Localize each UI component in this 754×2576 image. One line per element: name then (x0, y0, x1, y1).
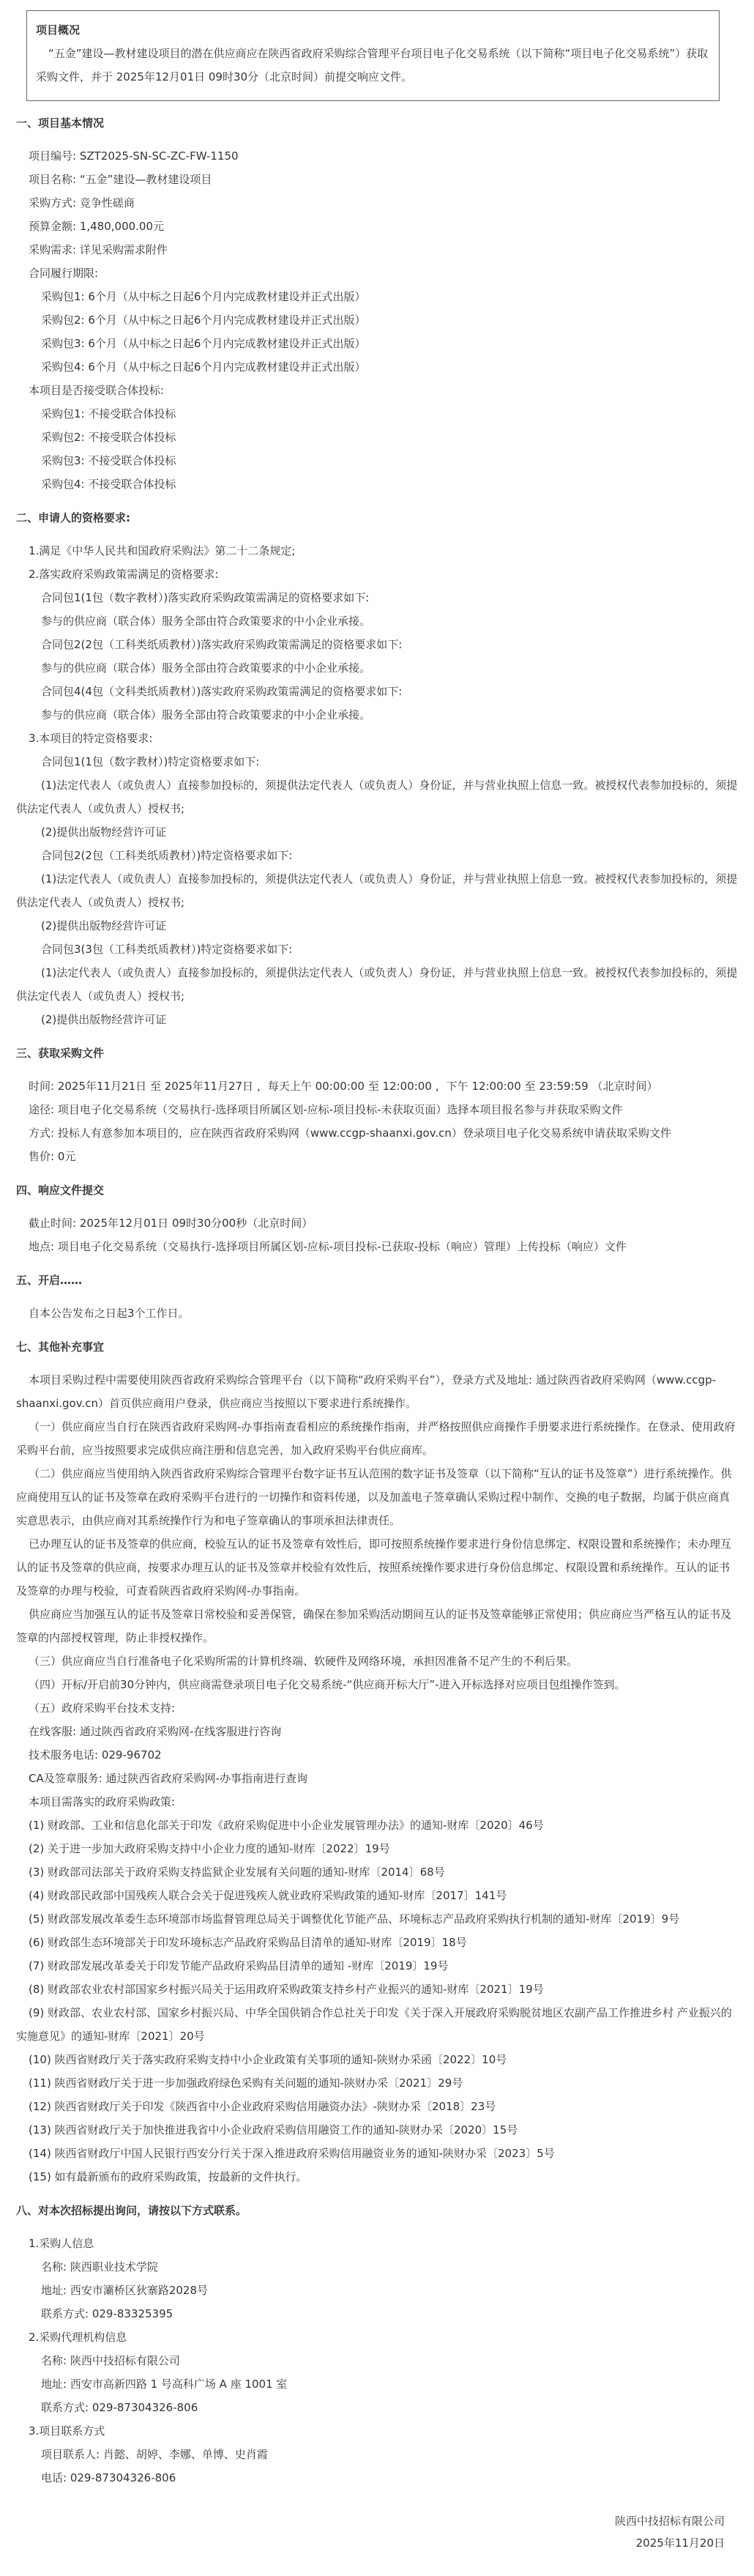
section-1-line-13: 采购包2: 不接受联合体投标 (16, 426, 738, 449)
section-7-line-9: 3.项目联系方式 (16, 2419, 738, 2443)
section-6-line-1: 本项目采购过程中需要使用陕西省政府采购综合管理平台（以下简称“政府采购平台”），… (16, 1368, 738, 1415)
document-footer: 陕西中技招标有限公司 2025年11月20日 (16, 2510, 738, 2554)
section-6-line-21: (9) 财政部、农业农村部、国家乡村振兴局、中华全国供销合作总社关于印发《关于深… (16, 2001, 738, 2048)
section-6-heading: 七、其他补充事宜 (16, 1335, 738, 1359)
section-6-line-23: (11) 陕西省财政厅关于进一步加强政府绿色采购有关问题的通知-陕财办采〔202… (16, 2071, 738, 2095)
section-7-line-5: 2.采购代理机构信息 (16, 2326, 738, 2349)
section-6-line-8: （五）政府采购平台技术支持: (16, 1696, 738, 1720)
footer-agency-name: 陕西中技招标有限公司 (16, 2510, 725, 2532)
footer-date: 2025年11月20日 (16, 2532, 725, 2554)
section-2-line-15: (2)提供出版物经营许可证 (16, 914, 738, 938)
section-7-line-8: 联系方式: 029-87304326-806 (16, 2396, 738, 2419)
sections-container: 一、项目基本情况项目编号: SZT2025-SN-SC-ZC-FW-1150项目… (16, 111, 738, 2490)
section-2-line-4: 参与的供应商（联合体）服务全部由符合政策要求的中小企业承接。 (16, 609, 738, 633)
section-6-line-16: (4) 财政部民政部中国残疾人联合会关于促进残疾人就业政府采购政策的通知-财库〔… (16, 1884, 738, 1907)
section-6-line-20: (8) 财政部农业农村部国家乡村振兴局关于运用政府采购政策支持乡村产业振兴的通知… (16, 1978, 738, 2001)
section-3-heading: 三、获取采购文件 (16, 1042, 738, 1065)
section-1-heading: 一、项目基本情况 (16, 111, 738, 135)
section-7-heading: 八、对本次招标提出询问，请按以下方式联系。 (16, 2199, 738, 2222)
section-7-line-4: 联系方式: 029-83325395 (16, 2302, 738, 2326)
section-4-heading: 四、响应文件提交 (16, 1178, 738, 1202)
section-7-line-7: 地址: 西安市高新四路 1 号高科广场 A 座 1001 室 (16, 2372, 738, 2396)
section-3-line-2: 途径: 项目电子化交易系统（交易执行-选择项目所属区划-应标-项目投标-未获取页… (16, 1098, 738, 1121)
section-6-line-7: （四）开标/开启前30分钟内，供应商需登录项目电子化交易系统-“供应商开标大厅”… (16, 1673, 738, 1696)
procurement-notice-document: 项目概况 “五金”建设—教材建设项目的潜在供应商应在陕西省政府采购综合管理平台项… (0, 0, 754, 2576)
section-1-line-5: 采购需求: 详见采购需求附件 (16, 238, 738, 261)
section-6-line-19: (7) 财政部发展改革委关于印发节能产品政府采购品目清单的通知 -财库〔2019… (16, 1954, 738, 1978)
section-2-line-18: (2)提供出版物经营许可证 (16, 1008, 738, 1031)
section-2-line-2: 2.落实政府采购政策需满足的资格要求: (16, 563, 738, 586)
section-6-line-18: (6) 财政部生态环境部关于印发环境标志产品政府采购品目清单的通知-财库〔201… (16, 1931, 738, 1954)
section-5-line-1: 自本公告发布之日起3个工作日。 (16, 1302, 738, 1325)
section-2-line-3: 合同包1(1包（数字教材）)落实政府采购政策需满足的资格要求如下: (16, 586, 738, 609)
section-1-line-12: 采购包1: 不接受联合体投标 (16, 402, 738, 426)
section-1-line-14: 采购包3: 不接受联合体投标 (16, 449, 738, 472)
section-2-line-14: (1)法定代表人（或负责人）直接参加投标的，须提供法定代表人（或负责人）身份证，… (16, 867, 738, 914)
section-2-line-6: 参与的供应商（联合体）服务全部由符合政策要求的中小企业承接。 (16, 656, 738, 680)
section-6-line-11: CA及签章服务: 通过陕西省政府采购网-办事指南进行查询 (16, 1767, 738, 1790)
section-1-line-1: 项目编号: SZT2025-SN-SC-ZC-FW-1150 (16, 144, 738, 168)
section-3-line-4: 售价: 0元 (16, 1145, 738, 1168)
section-6-line-17: (5) 财政部发展改革委生态环境部市场监督管理总局关于调整优化节能产品、环境标志… (16, 1907, 738, 1931)
section-1-line-9: 采购包3: 6个月（从中标之日起6个月内完成教材建设并正式出版） (16, 332, 738, 355)
section-1-line-4: 预算金额: 1,480,000.00元 (16, 215, 738, 238)
section-7-line-6: 名称: 陕西中技招标有限公司 (16, 2349, 738, 2372)
section-6-line-3: （二）供应商应当使用纳入陕西省政府采购综合管理平台数字证书互认范围的数字证书及签… (16, 1462, 738, 1532)
section-1-line-15: 采购包4: 不接受联合体投标 (16, 472, 738, 496)
section-2-line-5: 合同包2(2包（工科类纸质教材）)落实政府采购政策需满足的资格要求如下: (16, 633, 738, 656)
section-5-heading: 五、开启…… (16, 1269, 738, 1292)
section-2-line-12: (2)提供出版物经营许可证 (16, 820, 738, 844)
overview-title: 项目概况 (36, 18, 710, 42)
section-6-line-5: 供应商应当加强互认的证书及签章日常校验和妥善保管，确保在参加采购活动期间互认的证… (16, 1603, 738, 1649)
section-1-line-2: 项目名称: “五金”建设—教材建设项目 (16, 168, 738, 191)
section-2-line-16: 合同包3(3包（工科类纸质教材）)特定资格要求如下: (16, 938, 738, 961)
section-6-line-25: (13) 陕西省财政厅关于加快推进我省中小企业政府采购信用融资工作的通知-陕财办… (16, 2118, 738, 2142)
section-2-line-7: 合同包4(4包（文科类纸质教材）)落实政府采购政策需满足的资格要求如下: (16, 680, 738, 703)
section-6-line-10: 技术服务电话: 029-96702 (16, 1743, 738, 1767)
project-overview-box: 项目概况 “五金”建设—教材建设项目的潜在供应商应在陕西省政府采购综合管理平台项… (26, 10, 720, 101)
section-6-line-24: (12) 陕西省财政厅关于印发《陕西省中小企业政府采购信用融资办法》-陕财办采〔… (16, 2095, 738, 2118)
section-7-line-1: 1.采购人信息 (16, 2232, 738, 2255)
section-6-line-4: 已办理互认的证书及签章的供应商，校验互认的证书及签章有效性后，即可按照系统操作要… (16, 1532, 738, 1603)
section-6-line-15: (3) 财政部司法部关于政府采购支持监狱企业发展有关问题的通知-财库〔2014〕… (16, 1860, 738, 1884)
section-3-line-1: 时间: 2025年11月21日 至 2025年11月27日 ，每天上午 00:0… (16, 1074, 738, 1098)
section-6-line-14: (2) 关于进一步加大政府采购支持中小企业力度的通知-财库〔2022〕19号 (16, 1837, 738, 1860)
section-3-line-3: 方式: 投标人有意参加本项目的，应在陕西省政府采购网（www.ccgp-shaa… (16, 1121, 738, 1145)
section-6-line-13: (1) 财政部、工业和信息化部关于印发《政府采购促进中小企业发展管理办法》的通知… (16, 1814, 738, 1837)
section-2-heading: 二、申请人的资格要求: (16, 506, 738, 530)
section-2-line-1: 1.满足《中华人民共和国政府采购法》第二十二条规定; (16, 539, 738, 563)
overview-body: “五金”建设—教材建设项目的潜在供应商应在陕西省政府采购综合管理平台项目电子化交… (36, 42, 710, 89)
section-2-line-11: (1)法定代表人（或负责人）直接参加投标的，须提供法定代表人（或负责人）身份证，… (16, 773, 738, 820)
section-2-line-13: 合同包2(2包（工科类纸质教材）)特定资格要求如下: (16, 844, 738, 867)
section-7-line-3: 地址: 西安市灞桥区狄寨路2028号 (16, 2279, 738, 2302)
section-7-line-2: 名称: 陕西职业技术学院 (16, 2255, 738, 2279)
section-1-line-6: 合同履行期限: (16, 261, 738, 285)
section-6-line-2: （一）供应商应当自行在陕西省政府采购网-办事指南查看相应的系统操作指南，并严格按… (16, 1415, 738, 1462)
section-2-line-8: 参与的供应商（联合体）服务全部由符合政策要求的中小企业承接。 (16, 703, 738, 727)
section-4-line-2: 地点: 项目电子化交易系统（交易执行-选择项目所属区划-应标-项目投标-已获取-… (16, 1235, 738, 1258)
section-6-line-27: (15) 如有最新颁布的政府采购政策，按最新的文件执行。 (16, 2165, 738, 2189)
section-6-line-9: 在线客服: 通过陕西省政府采购网-在线客服进行咨询 (16, 1720, 738, 1743)
section-6-line-22: (10) 陕西省财政厅关于落实政府采购支持中小企业政策有关事项的通知-陕财办采函… (16, 2048, 738, 2071)
section-2-line-9: 3.本项目的特定资格要求: (16, 727, 738, 750)
section-1-line-3: 采购方式: 竞争性磋商 (16, 191, 738, 215)
section-1-line-7: 采购包1: 6个月（从中标之日起6个月内完成教材建设并正式出版） (16, 285, 738, 308)
section-6-line-12: 本项目需落实的政府采购政策: (16, 1790, 738, 1814)
section-1-line-11: 本项目是否接受联合体投标: (16, 379, 738, 402)
section-4-line-1: 截止时间: 2025年12月01日 09时30分00秒（北京时间） (16, 1211, 738, 1235)
section-7-line-10: 项目联系人: 肖懿、胡婷、李娜、单博、史肖霞 (16, 2443, 738, 2466)
section-1-line-8: 采购包2: 6个月（从中标之日起6个月内完成教材建设并正式出版） (16, 308, 738, 332)
section-7-line-11: 电话: 029-87304326-806 (16, 2466, 738, 2490)
section-2-line-17: (1)法定代表人（或负责人）直接参加投标的，须提供法定代表人（或负责人）身份证，… (16, 961, 738, 1008)
section-6-line-26: (14) 陕西省财政厅中国人民银行西安分行关于深入推进政府采购信用融资业务的通知… (16, 2142, 738, 2165)
section-6-line-6: （三）供应商应当自行准备电子化采购所需的计算机终端、软硬件及网络环境，承担因准备… (16, 1649, 738, 1673)
section-2-line-10: 合同包1(1包（数字教材）)特定资格要求如下: (16, 750, 738, 773)
section-1-line-10: 采购包4: 6个月（从中标之日起6个月内完成教材建设并正式出版） (16, 355, 738, 379)
